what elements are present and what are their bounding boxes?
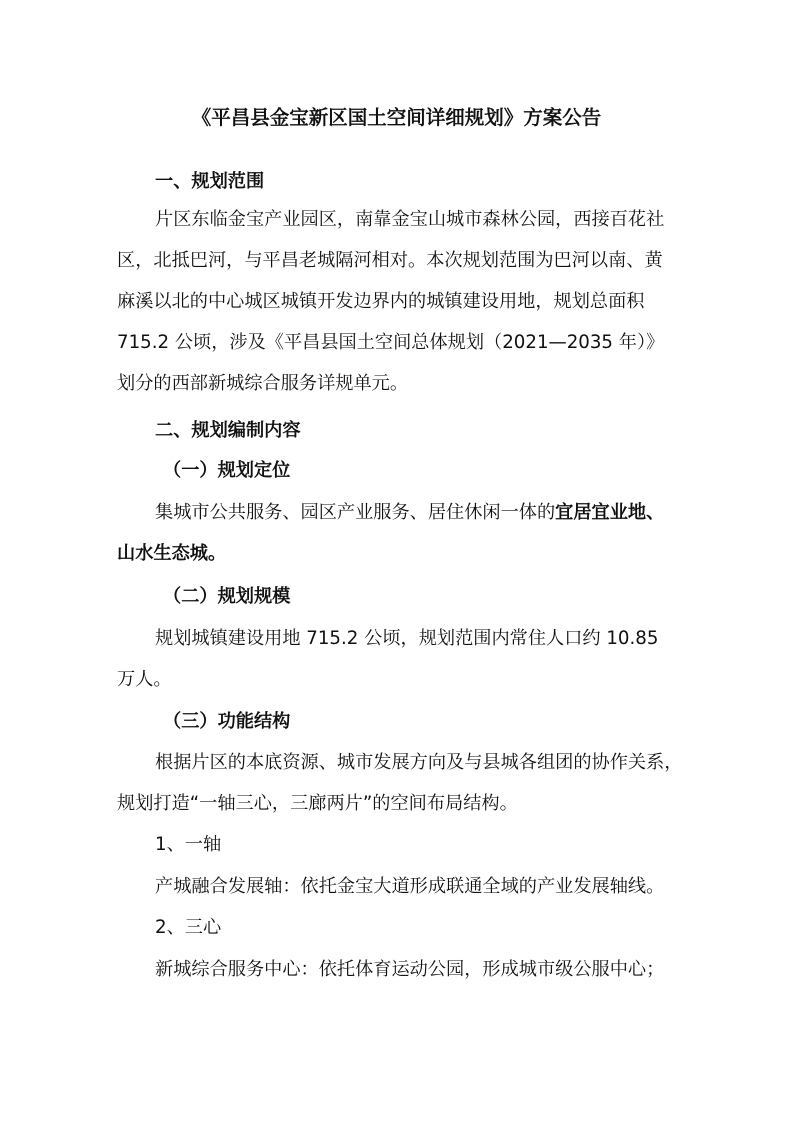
paragraph-line: 片区东临金宝产业园区，南靠金宝山城市森林公园，西接百花社 <box>155 209 664 231</box>
list-item-text: 新城综合服务中心：依托体育运动公园，形成城市级公服中心； <box>155 959 664 981</box>
paragraph-line: 山水生态城。 <box>117 543 226 565</box>
list-item-label: 1、一轴 <box>155 834 221 856</box>
document-page: 《平昌县金宝新区国土空间详细规划》方案公告 一、规划范围 片区东临金宝产业园区，… <box>0 0 793 1122</box>
paragraph-line: 规划城镇建设用地 715.2 公顷，规划范围内常住人口约 10.85 <box>155 628 658 650</box>
list-item-label: 2、三心 <box>155 917 221 939</box>
paragraph-line: 715.2 公顷，涉及《平昌县国土空间总体规划（2021—2035 年）》 <box>117 332 664 354</box>
subsection-heading-positioning: （一）规划定位 <box>163 460 290 482</box>
paragraph-line: 麻溪以北的中心城区城镇开发边界内的城镇建设用地，规划总面积 <box>117 291 644 313</box>
paragraph-line: 区，北抵巴河，与平昌老城隔河相对。本次规划范围为巴河以南、黄 <box>117 250 663 272</box>
subsection-heading-structure: （三）功能结构 <box>163 711 290 733</box>
paragraph-line: 万人。 <box>117 669 172 691</box>
positioning-text: 集城市公共服务、园区产业服务、居住休闲一体的 <box>155 502 555 523</box>
positioning-highlight: 宜居宜业地、 <box>555 502 664 523</box>
paragraph-line: 根据片区的本底资源、城市发展方向及与县城各组团的协作关系， <box>155 752 682 774</box>
paragraph-line: 划分的西部新城综合服务详规单元。 <box>117 373 408 395</box>
positioning-end: 。 <box>208 543 226 564</box>
section-heading-content: 二、规划编制内容 <box>155 420 301 442</box>
section-heading-scope: 一、规划范围 <box>155 171 264 193</box>
list-item-text: 产城融合发展轴：依托金宝大道形成联通全域的产业发展轴线。 <box>155 876 664 898</box>
document-title: 《平昌县金宝新区国土空间详细规划》方案公告 <box>0 107 793 129</box>
paragraph-line: 规划打造“一轴三心，三廊两片”的空间布局结构。 <box>117 793 518 815</box>
positioning-highlight: 山水生态城 <box>117 543 208 564</box>
paragraph-line: 集城市公共服务、园区产业服务、居住休闲一体的宜居宜业地、 <box>155 502 664 524</box>
subsection-heading-scale: （二）规划规模 <box>163 586 290 608</box>
